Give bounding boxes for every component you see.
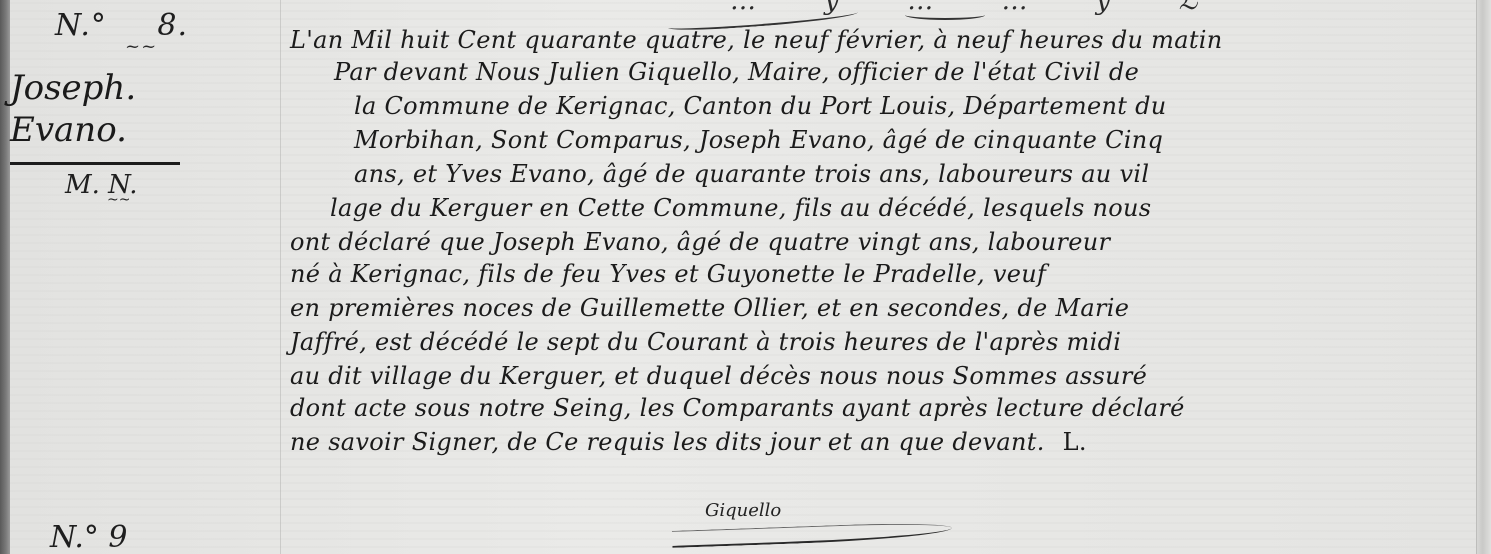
body-line: Jaffré, est décédé le sept du Courant à … — [290, 328, 1121, 356]
body-line: Par devant Nous Julien Giquello, Maire, … — [334, 58, 1139, 86]
previous-paraph-flourish — [905, 10, 985, 20]
next-entry-value: 9 — [108, 520, 127, 554]
body-line: lage du Kerguer en Cette Commune, fils a… — [330, 194, 1151, 222]
deceased-first-name: Joseph. — [10, 68, 136, 108]
body-line: ont déclaré que Joseph Evano, âgé de qua… — [290, 228, 1110, 256]
entry-number-underline: ~~ — [125, 36, 157, 57]
entry-number: N.° 8. ~~ — [55, 8, 188, 43]
deceased-last-name: Evano. — [10, 110, 127, 150]
margin-divider — [10, 162, 180, 165]
register-page: N.° 8. ~~ Joseph. Evano. M. N. ~~ N.° 9 … — [0, 0, 1491, 554]
mayor-signature: Giquello — [705, 500, 781, 521]
body-line: au dit village du Kerguer, et duquel déc… — [290, 362, 1147, 390]
sex-marker-underline: ~~ — [107, 192, 130, 208]
page-right-edge — [1476, 0, 1491, 554]
body-line: ne savoir Signer, de Ce requis les dits … — [290, 428, 1087, 456]
margin-rule — [280, 0, 281, 554]
body-line: en premières noces de Guillemette Ollier… — [290, 294, 1129, 322]
body-line-text: ne savoir Signer, de Ce requis les dits … — [290, 428, 1045, 456]
entry-number-value: 8. — [157, 8, 188, 43]
body-line: ans, et Yves Evano, âgé de quarante troi… — [354, 160, 1149, 188]
signature-flourish — [672, 521, 952, 548]
next-entry-label: N.° — [50, 520, 99, 554]
sex-marker: M. N. ~~ — [65, 170, 138, 200]
body-line: dont acte sous notre Seing, les Comparan… — [290, 394, 1185, 422]
body-line: né à Kerignac, fils de feu Yves et Guyon… — [290, 260, 1046, 288]
margin-column: N.° 8. ~~ Joseph. Evano. M. N. ~~ N.° 9 — [10, 0, 280, 554]
binding-edge — [0, 0, 10, 554]
next-entry-number: N.° 9 — [50, 520, 128, 554]
closing-mark: L. — [1063, 428, 1087, 456]
entry-number-label: N.° — [55, 8, 107, 43]
body-line: Morbihan, Sont Comparus, Joseph Evano, â… — [354, 126, 1163, 154]
body-line: L'an Mil huit Cent quarante quatre, le n… — [290, 26, 1223, 54]
body-line: la Commune de Kerignac, Canton du Port L… — [354, 92, 1167, 120]
